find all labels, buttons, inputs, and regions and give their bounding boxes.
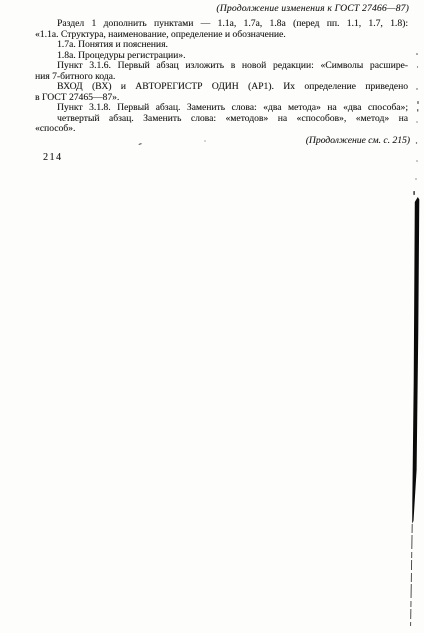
document-line: Пункт 3.1.6. Первый абзац изложить в нов… xyxy=(35,61,408,72)
document-line: Пункт 3.1.8. Первый абзац. Заменить слов… xyxy=(35,103,408,114)
document-line: 1.7а. Понятия и пояснения. xyxy=(35,40,408,51)
continuation-footer: (Продолжение см. с. 215) xyxy=(306,135,410,146)
scan-artifact-bar xyxy=(412,197,419,524)
document-line: Раздел 1 дополнить пунктами — 1.1а, 1.7а… xyxy=(35,19,408,30)
document-body: Раздел 1 дополнить пунктами — 1.1а, 1.7а… xyxy=(35,19,408,135)
scanned-document-page: (Продолжение изменения к ГОСТ 27466—87) … xyxy=(0,0,424,633)
document-line: ВХОД (ВХ) и АВТОРЕГИСТР ОДИН (АР1). Их о… xyxy=(35,82,408,93)
document-line: четвертый абзац. Заменить слова: «методо… xyxy=(35,114,408,125)
scan-artifact-line xyxy=(411,524,413,626)
document-line: «способ». xyxy=(35,124,408,135)
continuation-header: (Продолжение изменения к ГОСТ 27466—87) xyxy=(216,3,409,14)
page-number: 214 xyxy=(43,152,63,163)
